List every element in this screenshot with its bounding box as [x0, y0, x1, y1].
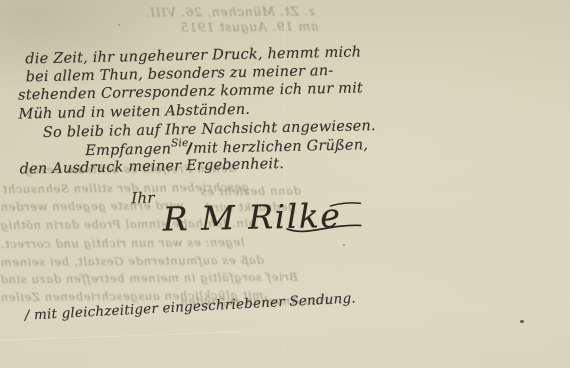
- foxing-speck: [118, 24, 120, 26]
- letter-text-block: die Zeit, ihr ungeheurer Druck, hemmt mi…: [0, 0, 570, 368]
- closing-text: Empfangen: [85, 141, 171, 159]
- signature-flourish-stroke: [278, 194, 369, 246]
- inserted-word: Sie: [171, 137, 189, 149]
- foxing-speck: [520, 320, 524, 323]
- letter-line: Müh und in weiten Abständen.: [18, 102, 250, 123]
- closing-text: mit herzlichen Grüßen,: [193, 137, 368, 157]
- valediction: Ihr: [131, 189, 155, 207]
- letter-closing-line: EmpfangenSiemit herzlichen Grüßen,: [85, 136, 368, 159]
- letter-page: z. Zt. München, 26. VIII. am 19. August …: [0, 0, 570, 368]
- postscript-line: / mit gleichzeitiger eingeschriebener Se…: [24, 290, 356, 323]
- letter-closing-line: den Ausdruck meiner Ergebenheit.: [19, 156, 284, 178]
- foxing-speck: [343, 244, 345, 246]
